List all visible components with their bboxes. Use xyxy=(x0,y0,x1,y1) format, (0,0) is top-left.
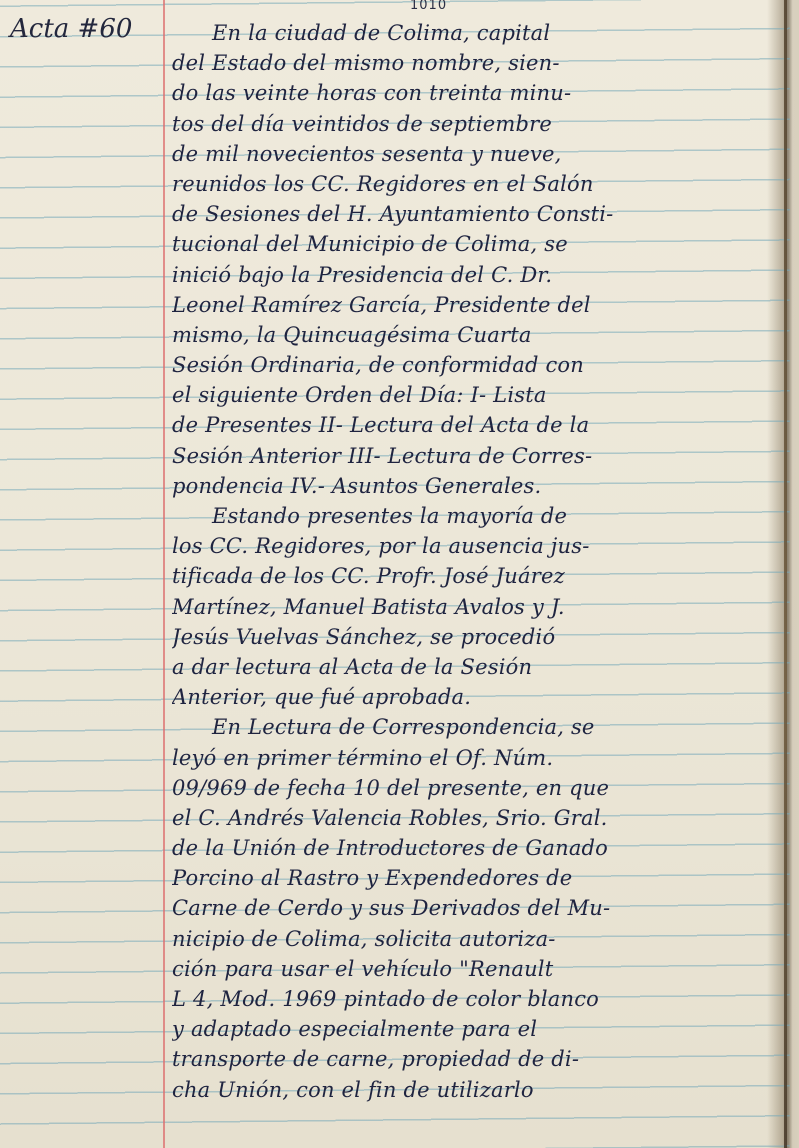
handwritten-line: el siguiente Orden del Día: I- Lista xyxy=(172,380,784,410)
handwritten-line: Carne de Cerdo y sus Derivados del Mu- xyxy=(172,893,784,923)
handwritten-line: Leonel Ramírez García, Presidente del xyxy=(172,290,784,320)
handwritten-line: Sesión Ordinaria, de conformidad con xyxy=(172,350,784,380)
handwritten-line: leyó en primer término el Of. Núm. xyxy=(172,743,784,773)
handwritten-line: de mil novecientos sesenta y nueve, xyxy=(172,139,784,169)
handwritten-line: reunidos los CC. Regidores en el Salón xyxy=(172,169,784,199)
handwritten-line: En la ciudad de Colima, capital xyxy=(172,18,784,48)
entry-label: Acta #60 xyxy=(10,14,132,44)
handwritten-line: los CC. Regidores, por la ausencia jus- xyxy=(172,531,784,561)
handwritten-line: el C. Andrés Valencia Robles, Srio. Gral… xyxy=(172,803,784,833)
ledger-page: 1010 Acta #60 En la ciudad de Colima, ca… xyxy=(0,0,799,1148)
handwritten-line: transporte de carne, propiedad de di- xyxy=(172,1044,784,1074)
margin-line xyxy=(163,0,165,1148)
handwritten-line: de Presentes II- Lectura del Acta de la xyxy=(172,410,784,440)
handwritten-line: inició bajo la Presidencia del C. Dr. xyxy=(172,260,784,290)
handwritten-line: En Lectura de Correspondencia, se xyxy=(172,712,784,742)
handwritten-line: de Sesiones del H. Ayuntamiento Consti- xyxy=(172,199,784,229)
minutes-text: En la ciudad de Colima, capitaldel Estad… xyxy=(172,18,784,1105)
handwritten-line: tos del día veintidos de septiembre xyxy=(172,109,784,139)
handwritten-line: do las veinte horas con treinta minu- xyxy=(172,78,784,108)
handwritten-line: tificada de los CC. Profr. José Juárez xyxy=(172,561,784,591)
handwritten-line: Jesús Vuelvas Sánchez, se procedió xyxy=(172,622,784,652)
handwritten-line: y adaptado especialmente para el xyxy=(172,1014,784,1044)
handwritten-line: ción para usar el vehículo "Renault xyxy=(172,954,784,984)
handwritten-line: a dar lectura al Acta de la Sesión xyxy=(172,652,784,682)
page-edge xyxy=(784,0,787,1148)
handwritten-line: tucional del Municipio de Colima, se xyxy=(172,229,784,259)
handwritten-line: Estando presentes la mayoría de xyxy=(172,501,784,531)
handwritten-line: nicipio de Colima, solicita autoriza- xyxy=(172,924,784,954)
handwritten-line: pondencia IV.- Asuntos Generales. xyxy=(172,471,784,501)
handwritten-line: de la Unión de Introductores de Ganado xyxy=(172,833,784,863)
handwritten-line: Porcino al Rastro y Expendedores de xyxy=(172,863,784,893)
handwritten-line: Martínez, Manuel Batista Avalos y J. xyxy=(172,592,784,622)
handwritten-line: del Estado del mismo nombre, sien- xyxy=(172,48,784,78)
handwritten-line: Anterior, que fué aprobada. xyxy=(172,682,784,712)
handwritten-line: cha Unión, con el fin de utilizarlo xyxy=(172,1075,784,1105)
handwritten-line: mismo, la Quincuagésima Cuarta xyxy=(172,320,784,350)
handwritten-line: 09/969 de fecha 10 del presente, en que xyxy=(172,773,784,803)
handwritten-line: Sesión Anterior III- Lectura de Corres- xyxy=(172,441,784,471)
handwritten-line: L 4, Mod. 1969 pintado de color blanco xyxy=(172,984,784,1014)
page-number: 1010 xyxy=(410,0,447,13)
